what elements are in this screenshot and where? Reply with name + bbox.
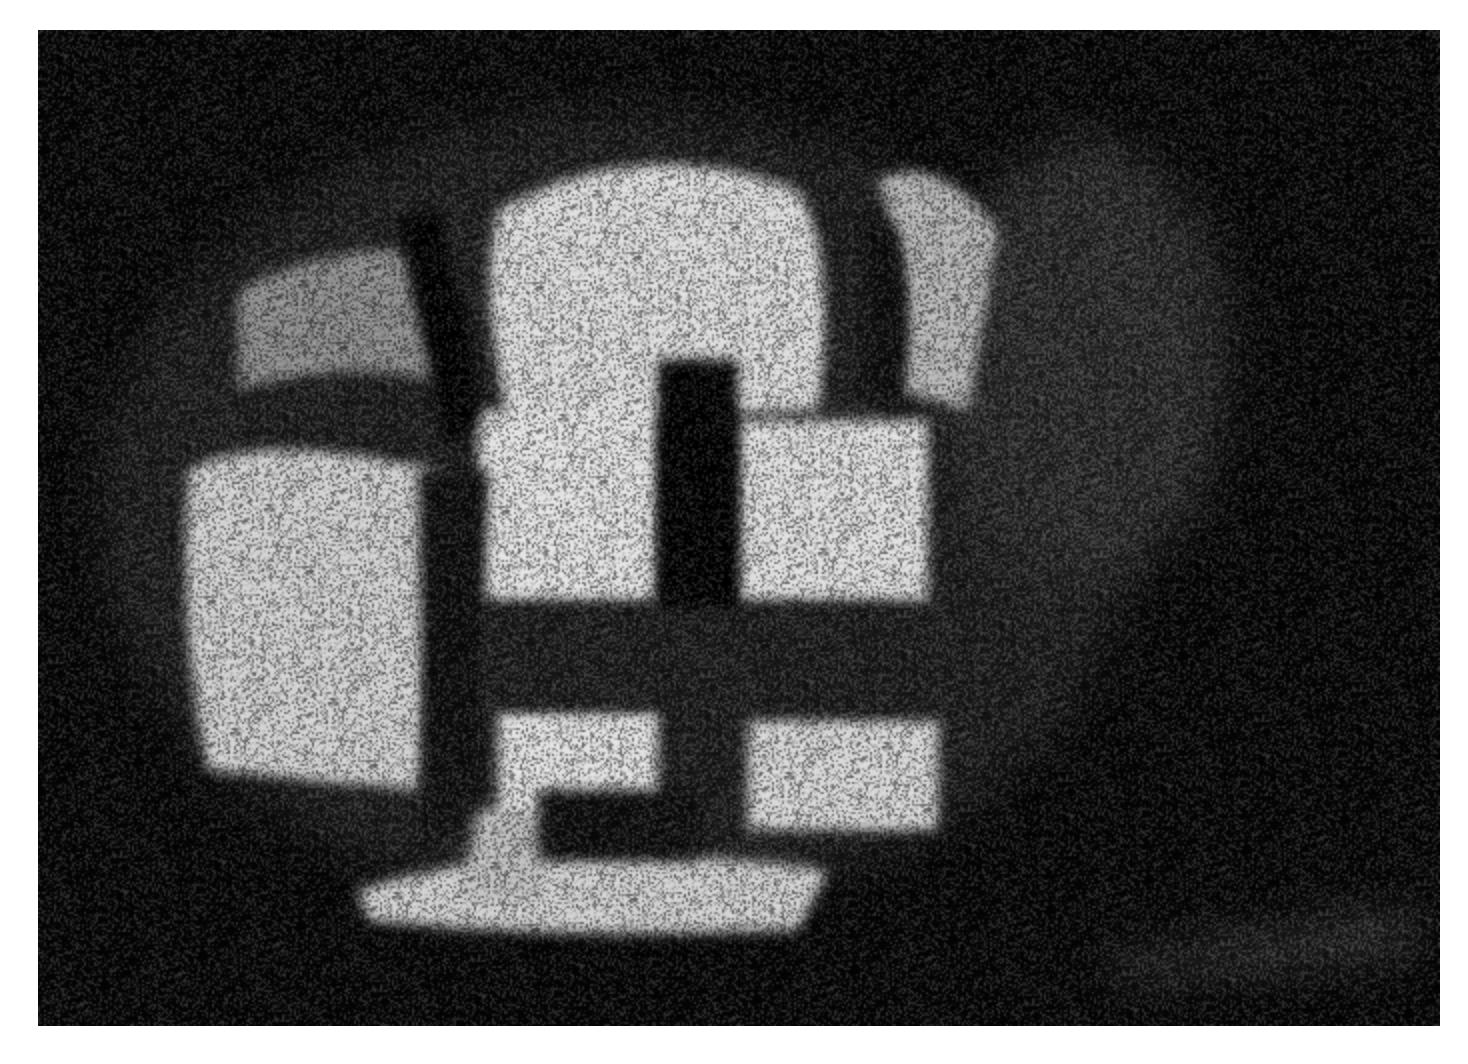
photograph: [38, 30, 1440, 1026]
film-grain: [38, 30, 1440, 1026]
